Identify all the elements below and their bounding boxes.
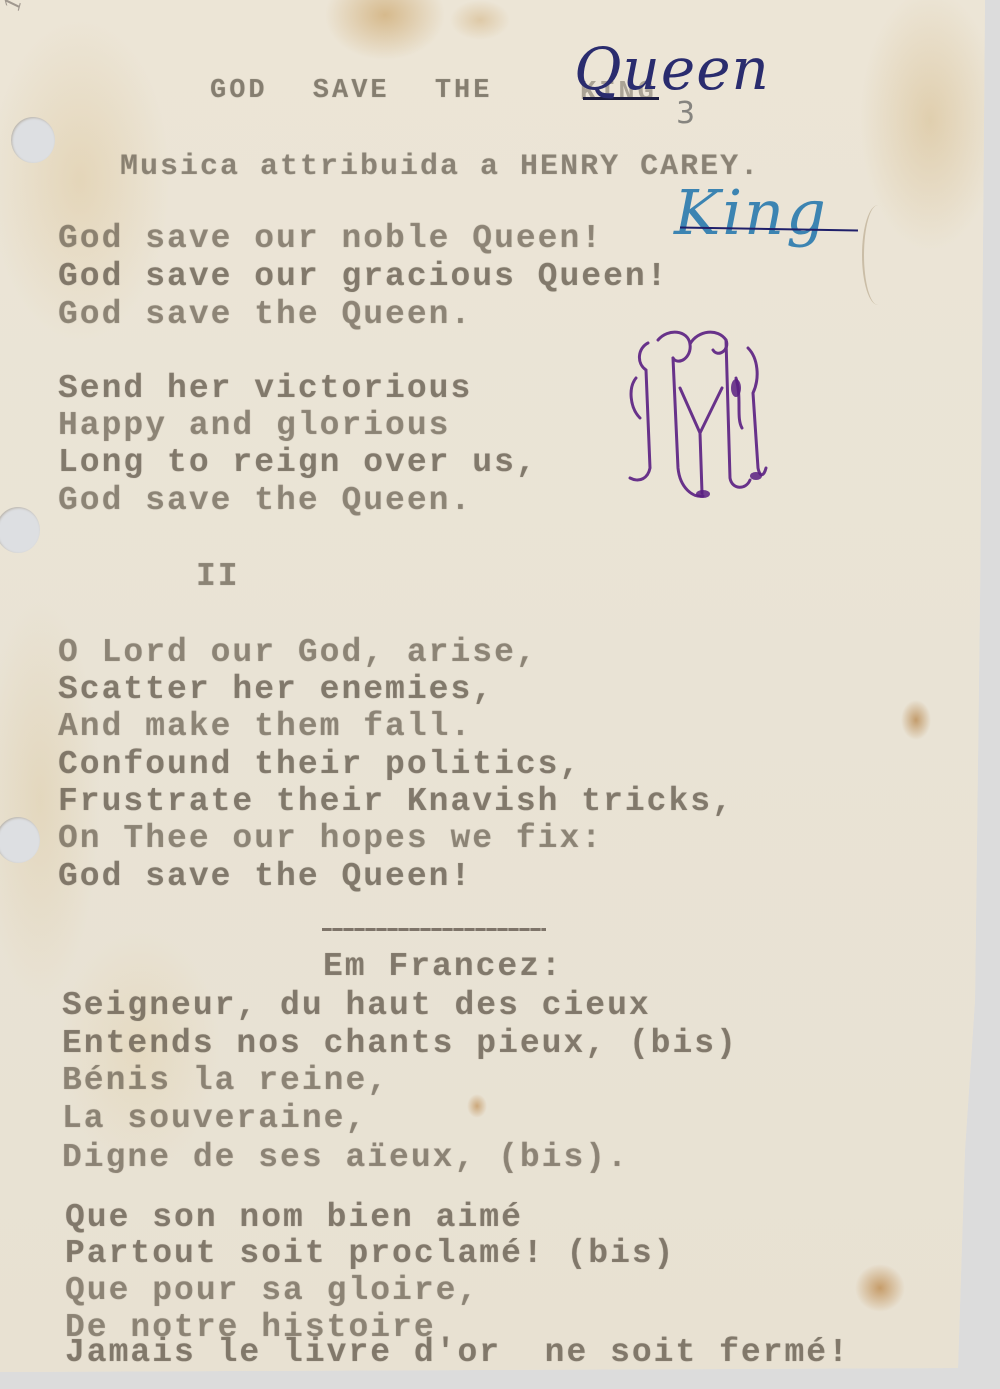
- verse-line: God save the Queen.: [58, 298, 472, 331]
- pencil-curve-mark: [862, 205, 894, 305]
- corner-pencil-number: 1148: [2, 0, 38, 14]
- monogram-stamp-icon: [618, 318, 778, 503]
- verse-line: Partout soit proclamé! (bis): [65, 1237, 676, 1270]
- punch-hole: [0, 817, 40, 863]
- page-title: GOD SAVE THE: [210, 78, 492, 105]
- verse-line: Que son nom bien aimé: [65, 1201, 523, 1234]
- handwritten-queen-correction: Queen: [574, 40, 770, 98]
- subtitle-attribution: Musica attribuida a HENRY CAREY.: [120, 152, 760, 182]
- verse-line: Digne de ses aïeux, (bis).: [62, 1141, 629, 1174]
- section-divider: [322, 928, 546, 931]
- verse-line: Que pour sa gloire,: [65, 1274, 479, 1307]
- handwritten-king-note: King: [674, 182, 828, 244]
- verse-line: God save our gracious Queen!: [58, 260, 669, 293]
- pencil-mark: 3: [676, 96, 695, 131]
- verse-line: O Lord our God, arise,: [58, 636, 538, 669]
- verse-line: Happy and glorious: [58, 409, 450, 442]
- verse-line: On Thee our hopes we fix:: [58, 822, 603, 855]
- verse-line: La souveraine,: [62, 1102, 367, 1135]
- verse-line: Entends nos chants pieux, (bis): [62, 1027, 738, 1060]
- verse-line: Seigneur, du haut des cieux: [62, 989, 651, 1022]
- punch-hole: [0, 507, 40, 553]
- verse-line: Frustrate their Knavish tricks,: [58, 785, 734, 818]
- french-heading: Em Francez:: [323, 950, 563, 983]
- verse-line: Jamais le livre d'or ne soit fermé!: [65, 1336, 850, 1369]
- verse-line: Send her victorious: [58, 372, 472, 405]
- verse-line: God save our noble Queen!: [58, 222, 603, 255]
- verse-line: Bénis la reine,: [62, 1064, 389, 1097]
- section-marker: II: [196, 560, 240, 593]
- verse-line: And make them fall.: [58, 710, 472, 743]
- punch-hole: [11, 117, 55, 163]
- document-page: 1148 GOD SAVE THE KING Queen 3 Musica at…: [0, 0, 1000, 1389]
- verse-line: God save the Queen.: [58, 484, 472, 517]
- verse-line: Scatter her enemies,: [58, 673, 494, 706]
- verse-line: God save the Queen!: [58, 860, 472, 893]
- verse-line: Long to reign over us,: [58, 446, 538, 479]
- verse-line: Confound their politics,: [58, 748, 581, 781]
